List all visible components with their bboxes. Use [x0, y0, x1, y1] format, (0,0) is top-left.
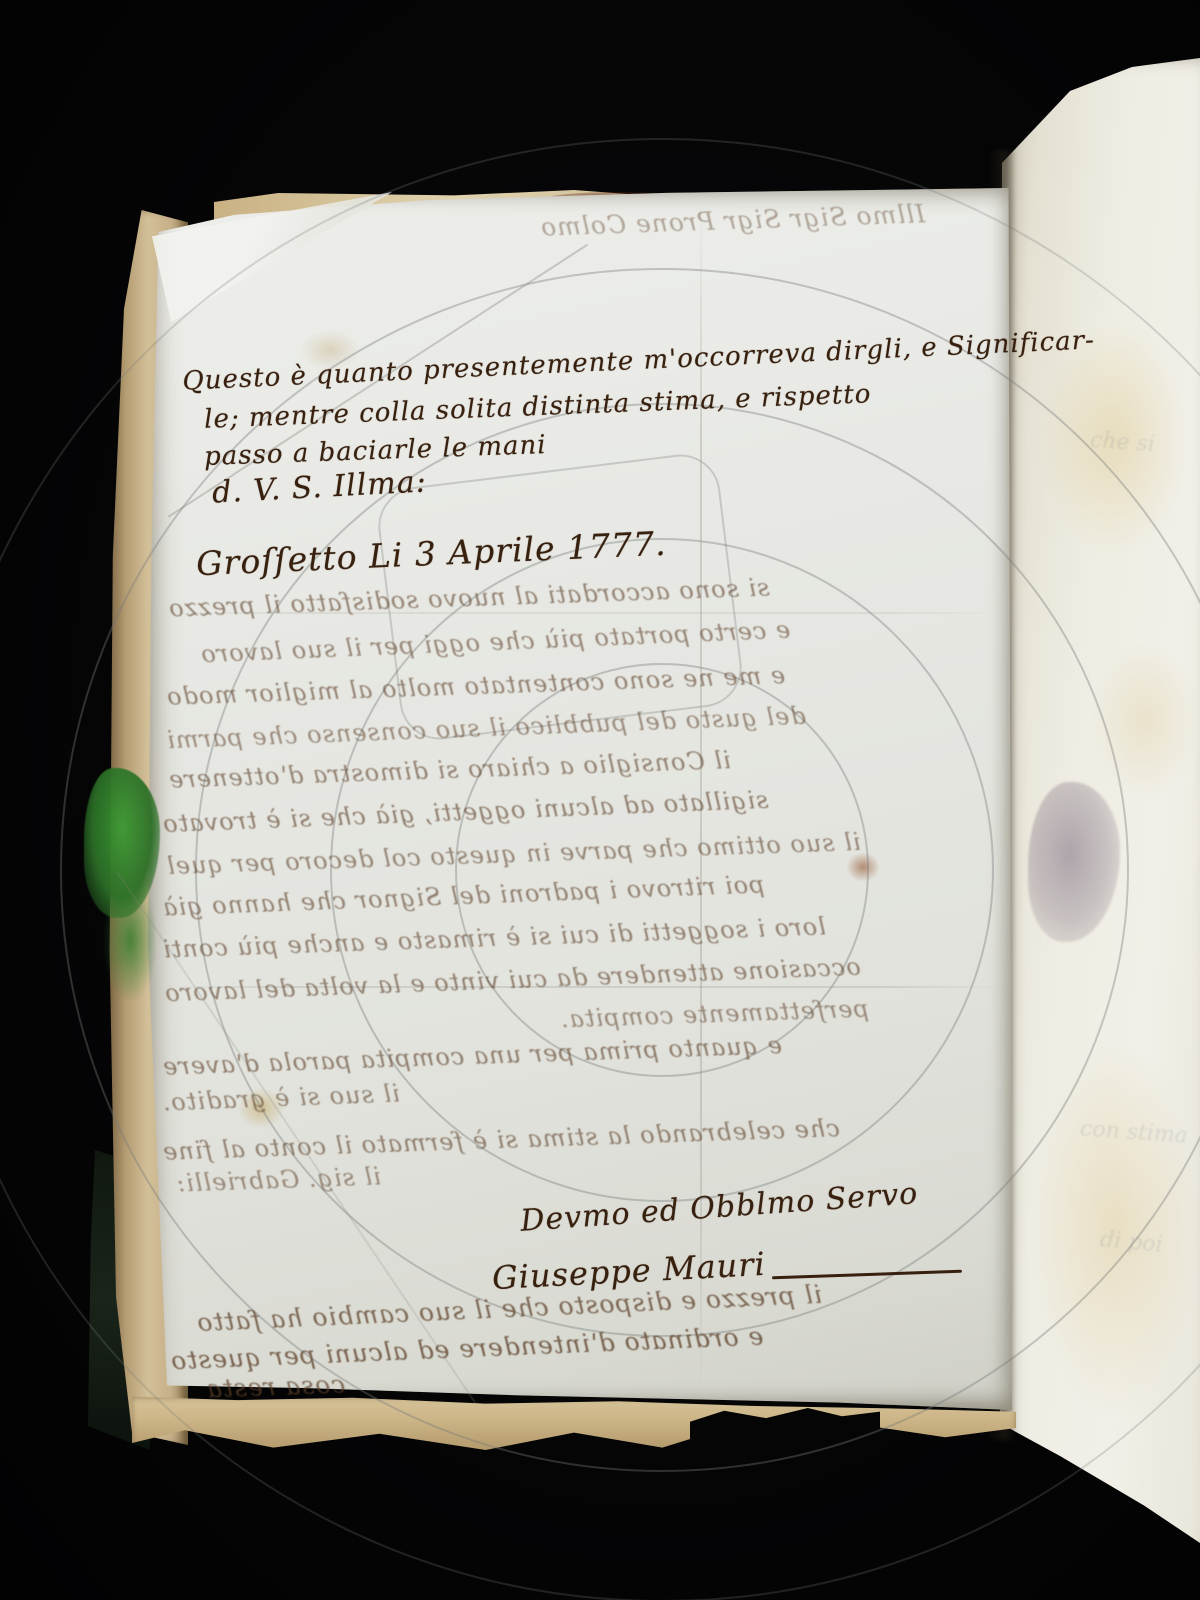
manuscript-photo: Illmo Sigr Sigr Prone Colmo Questo è qua… — [0, 0, 1200, 1600]
signature-flourish — [772, 1270, 962, 1280]
facing-page-showthrough: di poi — [1099, 1227, 1163, 1257]
showthrough-footer-line: cosa resta — [206, 1370, 346, 1404]
facing-page-showthrough: che si — [1089, 428, 1155, 457]
